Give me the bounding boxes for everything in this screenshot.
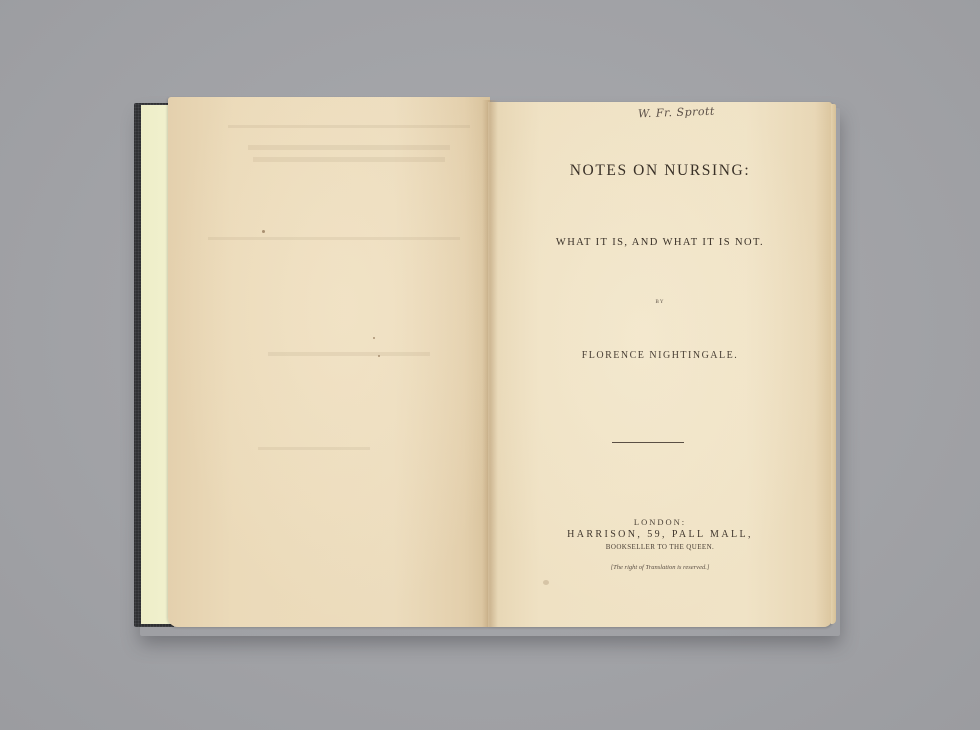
imprint-publisher: HARRISON, 59, PALL MALL, [488,529,832,540]
show-through-line [258,447,370,450]
foxing-spot [373,337,375,339]
foxing-spot [262,230,265,233]
right-page-title-page: W. Fr. Sprott NOTES ON NURSING: WHAT IT … [488,102,832,627]
horizontal-rule [612,442,684,443]
imprint-bookseller: BOOKSELLER TO THE QUEEN. [488,543,832,551]
show-through-line [208,237,460,240]
show-through-line [228,125,470,128]
book-subtitle: WHAT IT IS, AND WHAT IT IS NOT. [488,237,832,248]
rights-notice: [The right of Translation is reserved.] [488,564,832,571]
foxing-spot [378,355,380,357]
handwritten-inscription: W. Fr. Sprott [638,105,715,121]
show-through-line [253,157,445,162]
foxing-spot [543,580,549,585]
imprint-city: LONDON: [488,517,832,527]
author-name: FLORENCE NIGHTINGALE. [488,350,832,361]
book-gutter [482,100,498,627]
book-title: NOTES ON NURSING: [488,162,832,180]
left-page-verso [168,97,490,627]
show-through-line [268,352,430,356]
photo-scene: W. Fr. Sprott NOTES ON NURSING: WHAT IT … [0,0,980,730]
show-through-line [248,145,450,150]
by-line: BY [488,300,832,305]
